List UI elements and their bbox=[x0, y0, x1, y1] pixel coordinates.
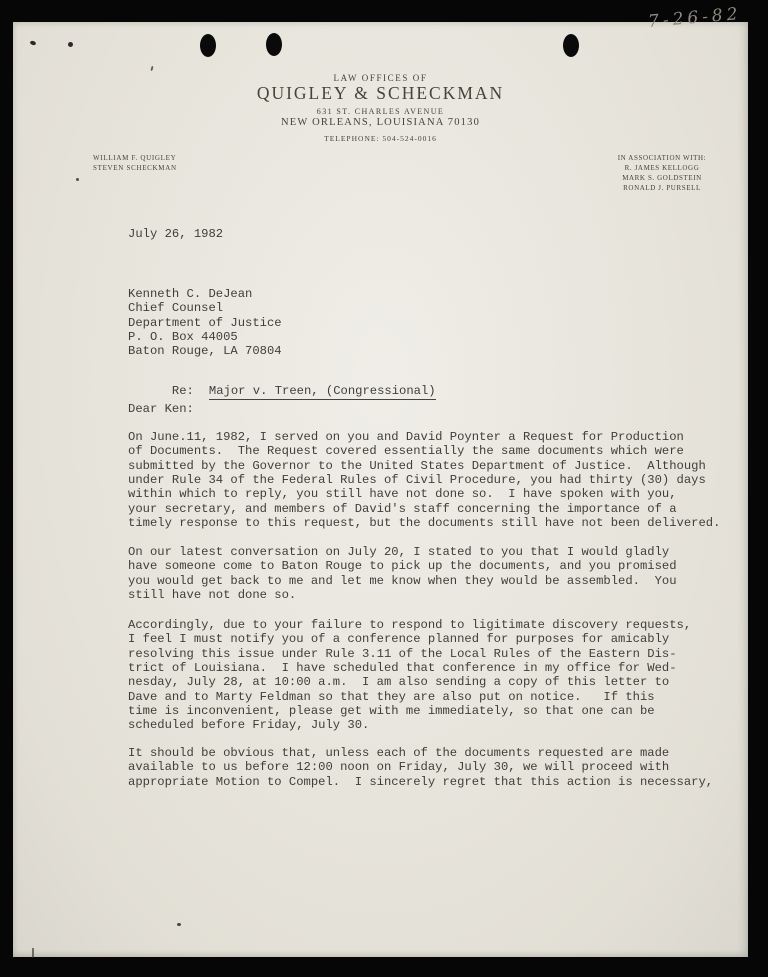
body-paragraph-2: On our latest conversation on July 20, I… bbox=[128, 545, 677, 602]
body-paragraph-1: On June.11, 1982, I served on you and Da… bbox=[128, 430, 720, 530]
salutation: Dear Ken: bbox=[128, 402, 194, 416]
scan-background: LAW OFFICES OF QUIGLEY & SCHECKMAN 631 S… bbox=[0, 0, 768, 977]
letterhead-partners: WILLIAM F. QUIGLEY STEVEN SCHECKMAN bbox=[93, 153, 177, 173]
recipient-address: Kenneth C. DeJean Chief Counsel Departme… bbox=[128, 287, 282, 359]
letterhead-association-block: IN ASSOCIATION WITH: R. JAMES KELLOGG MA… bbox=[596, 153, 728, 193]
letterhead-office-line: LAW OFFICES OF bbox=[13, 73, 748, 83]
hole-punch-left bbox=[200, 34, 216, 57]
dust-speck bbox=[177, 923, 181, 926]
dust-speck bbox=[76, 178, 79, 181]
re-subject: Major v. Treen, (Congressional) bbox=[209, 384, 436, 400]
letterhead-street: 631 ST. CHARLES AVENUE bbox=[13, 107, 748, 116]
letter-page: LAW OFFICES OF QUIGLEY & SCHECKMAN 631 S… bbox=[13, 22, 748, 957]
letterhead-firm-name: QUIGLEY & SCHECKMAN bbox=[13, 83, 748, 104]
dust-speck bbox=[68, 42, 73, 47]
re-label: Re: bbox=[172, 384, 209, 398]
hole-punch-center bbox=[266, 33, 282, 56]
association-heading: IN ASSOCIATION WITH: bbox=[596, 153, 728, 163]
body-paragraph-3: Accordingly, due to your failure to resp… bbox=[128, 618, 691, 733]
association-names: R. JAMES KELLOGG MARK S. GOLDSTEIN RONAL… bbox=[596, 163, 728, 193]
letterhead-phone-line: TELEPHONE: 504-524-0016 bbox=[13, 134, 748, 143]
letter-date: July 26, 1982 bbox=[128, 227, 223, 241]
letterhead-city-line: NEW ORLEANS, LOUISIANA 70130 bbox=[13, 117, 748, 128]
hole-punch-right bbox=[563, 34, 579, 57]
body-paragraph-4: It should be obvious that, unless each o… bbox=[128, 746, 713, 789]
dust-speck bbox=[32, 948, 34, 958]
